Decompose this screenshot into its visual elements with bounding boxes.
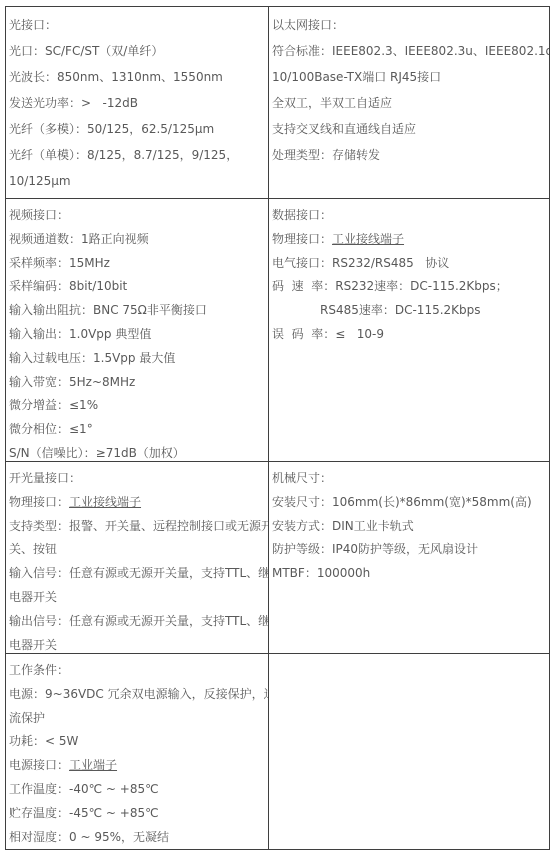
- spec-line: 视频接口：: [9, 204, 265, 228]
- spec-line: 光纤（单模）：8/125，8.7/125，9/125，: [9, 142, 265, 168]
- spec-line: 电器开关: [9, 586, 265, 610]
- spec-line: 码 速 率：RS232速率：DC-115.2Kbps；: [272, 275, 546, 299]
- spec-line: 安装尺寸：106mm(长)*86mm(宽)*58mm(高): [272, 491, 546, 515]
- spec-line: 功耗：< 5W: [9, 730, 265, 754]
- spec-line: 开光量接口：: [9, 467, 265, 491]
- spec-line: 工作温度：-40℃ ~ +85℃: [9, 778, 265, 802]
- spec-line: 关、按钮: [9, 538, 265, 562]
- spec-line: 机械尺寸：: [272, 467, 546, 491]
- spec-line: 符合标准：IEEE802.3、IEEE802.3u、IEEE802.1q: [272, 38, 546, 64]
- spec-line: 输入输出阻抗：BNC 75Ω非平衡接口: [9, 299, 265, 323]
- underlined-term: 工业接线端子: [69, 495, 141, 509]
- spec-line: 电气接口：RS232/RS485 协议: [272, 252, 546, 276]
- cell-empty: [269, 654, 550, 850]
- spec-line: 采样频率：15MHz: [9, 252, 265, 276]
- spec-line: 支持交叉线和直通线自适应: [272, 116, 546, 142]
- spec-line-label: 电源接口：: [9, 758, 69, 772]
- spec-line: 10/125μm: [9, 168, 265, 194]
- spec-line: 支持类型：报警、开关量、远程控制接口或无源开: [9, 515, 265, 539]
- spec-line: 微分相位：≤1°: [9, 418, 265, 442]
- spec-line: 物理接口：工业接线端子: [272, 228, 546, 252]
- spec-line: 视频通道数：1路正向视频: [9, 228, 265, 252]
- spec-line: 光纤（多模）：50/125，62.5/125μm: [9, 116, 265, 142]
- spec-line: RS485速率：DC-115.2Kbps: [272, 299, 546, 323]
- spec-line: 防护等级：IP40防护等级，无风扇设计: [272, 538, 546, 562]
- spec-line: 输入带宽：5Hz~8MHz: [9, 371, 265, 395]
- spec-line-label: 物理接口：: [9, 495, 69, 509]
- spec-line: 光接口：: [9, 12, 265, 38]
- spec-line: 工作条件：: [9, 659, 265, 683]
- spec-line: MTBF：100000h: [272, 562, 546, 586]
- spec-line: 输入信号：任意有源或无源开关量，支持TTL、继: [9, 562, 265, 586]
- spec-line: 输入输出：1.0Vpp 典型值: [9, 323, 265, 347]
- cell-mechanical-dimensions: 机械尺寸：安装尺寸：106mm(长)*86mm(宽)*58mm(高)安装方式：D…: [269, 462, 550, 654]
- spec-line: 光口：SC/FC/ST（双/单纤）: [9, 38, 265, 64]
- spec-line: 以太网接口：: [272, 12, 546, 38]
- spec-line: 数据接口：: [272, 204, 546, 228]
- cell-data-interface: 数据接口：物理接口：工业接线端子电气接口：RS232/RS485 协议码 速 率…: [269, 199, 550, 462]
- spec-line: 电源：9~36VDC 冗余双电源输入，反接保护，过: [9, 683, 265, 707]
- cell-ethernet-interface: 以太网接口：符合标准：IEEE802.3、IEEE802.3u、IEEE802.…: [269, 7, 550, 199]
- spec-line: 贮存温度：-45℃ ~ +85℃: [9, 802, 265, 826]
- spec-line: 电器开关: [9, 634, 265, 654]
- spec-line: 流保护: [9, 707, 265, 731]
- underlined-term: 工业端子: [69, 758, 117, 772]
- spec-line: S/N（信噪比）：≥71dB（加权）: [9, 442, 265, 462]
- spec-line: 处理类型：存储转发: [272, 142, 546, 168]
- spec-line: 输入过载电压：1.5Vpp 最大值: [9, 347, 265, 371]
- cell-switch-interface: 开光量接口：物理接口：工业接线端子支持类型：报警、开关量、远程控制接口或无源开关…: [6, 462, 269, 654]
- spec-line: 误 码 率：≤ 10-9: [272, 323, 546, 347]
- spec-line-label: 物理接口：: [272, 232, 332, 246]
- spec-line: 10/100Base-TX端口 RJ45接口: [272, 64, 546, 90]
- spec-line: 安装方式：DIN工业卡轨式: [272, 515, 546, 539]
- spec-line: 微分增益：≤1%: [9, 394, 265, 418]
- spec-line: 全双工，半双工自适应: [272, 90, 546, 116]
- underlined-term: 工业接线端子: [332, 232, 404, 246]
- spec-line: 电源接口：工业端子: [9, 754, 265, 778]
- cell-video-interface: 视频接口：视频通道数：1路正向视频采样频率：15MHz采样编码：8bit/10b…: [6, 199, 269, 462]
- spec-line: 物理接口：工业接线端子: [9, 491, 265, 515]
- spec-line: 发送光功率：> -12dB: [9, 90, 265, 116]
- cell-operating-conditions: 工作条件：电源：9~36VDC 冗余双电源输入，反接保护，过流保护功耗：< 5W…: [6, 654, 269, 850]
- cell-optical-interface: 光接口：光口：SC/FC/ST（双/单纤）光波长：850nm、1310nm、15…: [6, 7, 269, 199]
- spec-line: 采样编码：8bit/10bit: [9, 275, 265, 299]
- spec-line: 相对湿度：0 ~ 95%，无凝结: [9, 826, 265, 850]
- spec-line: 输出信号：任意有源或无源开关量，支持TTL、继: [9, 610, 265, 634]
- spec-table: 光接口：光口：SC/FC/ST（双/单纤）光波长：850nm、1310nm、15…: [5, 6, 550, 850]
- spec-line: 光波长：850nm、1310nm、1550nm: [9, 64, 265, 90]
